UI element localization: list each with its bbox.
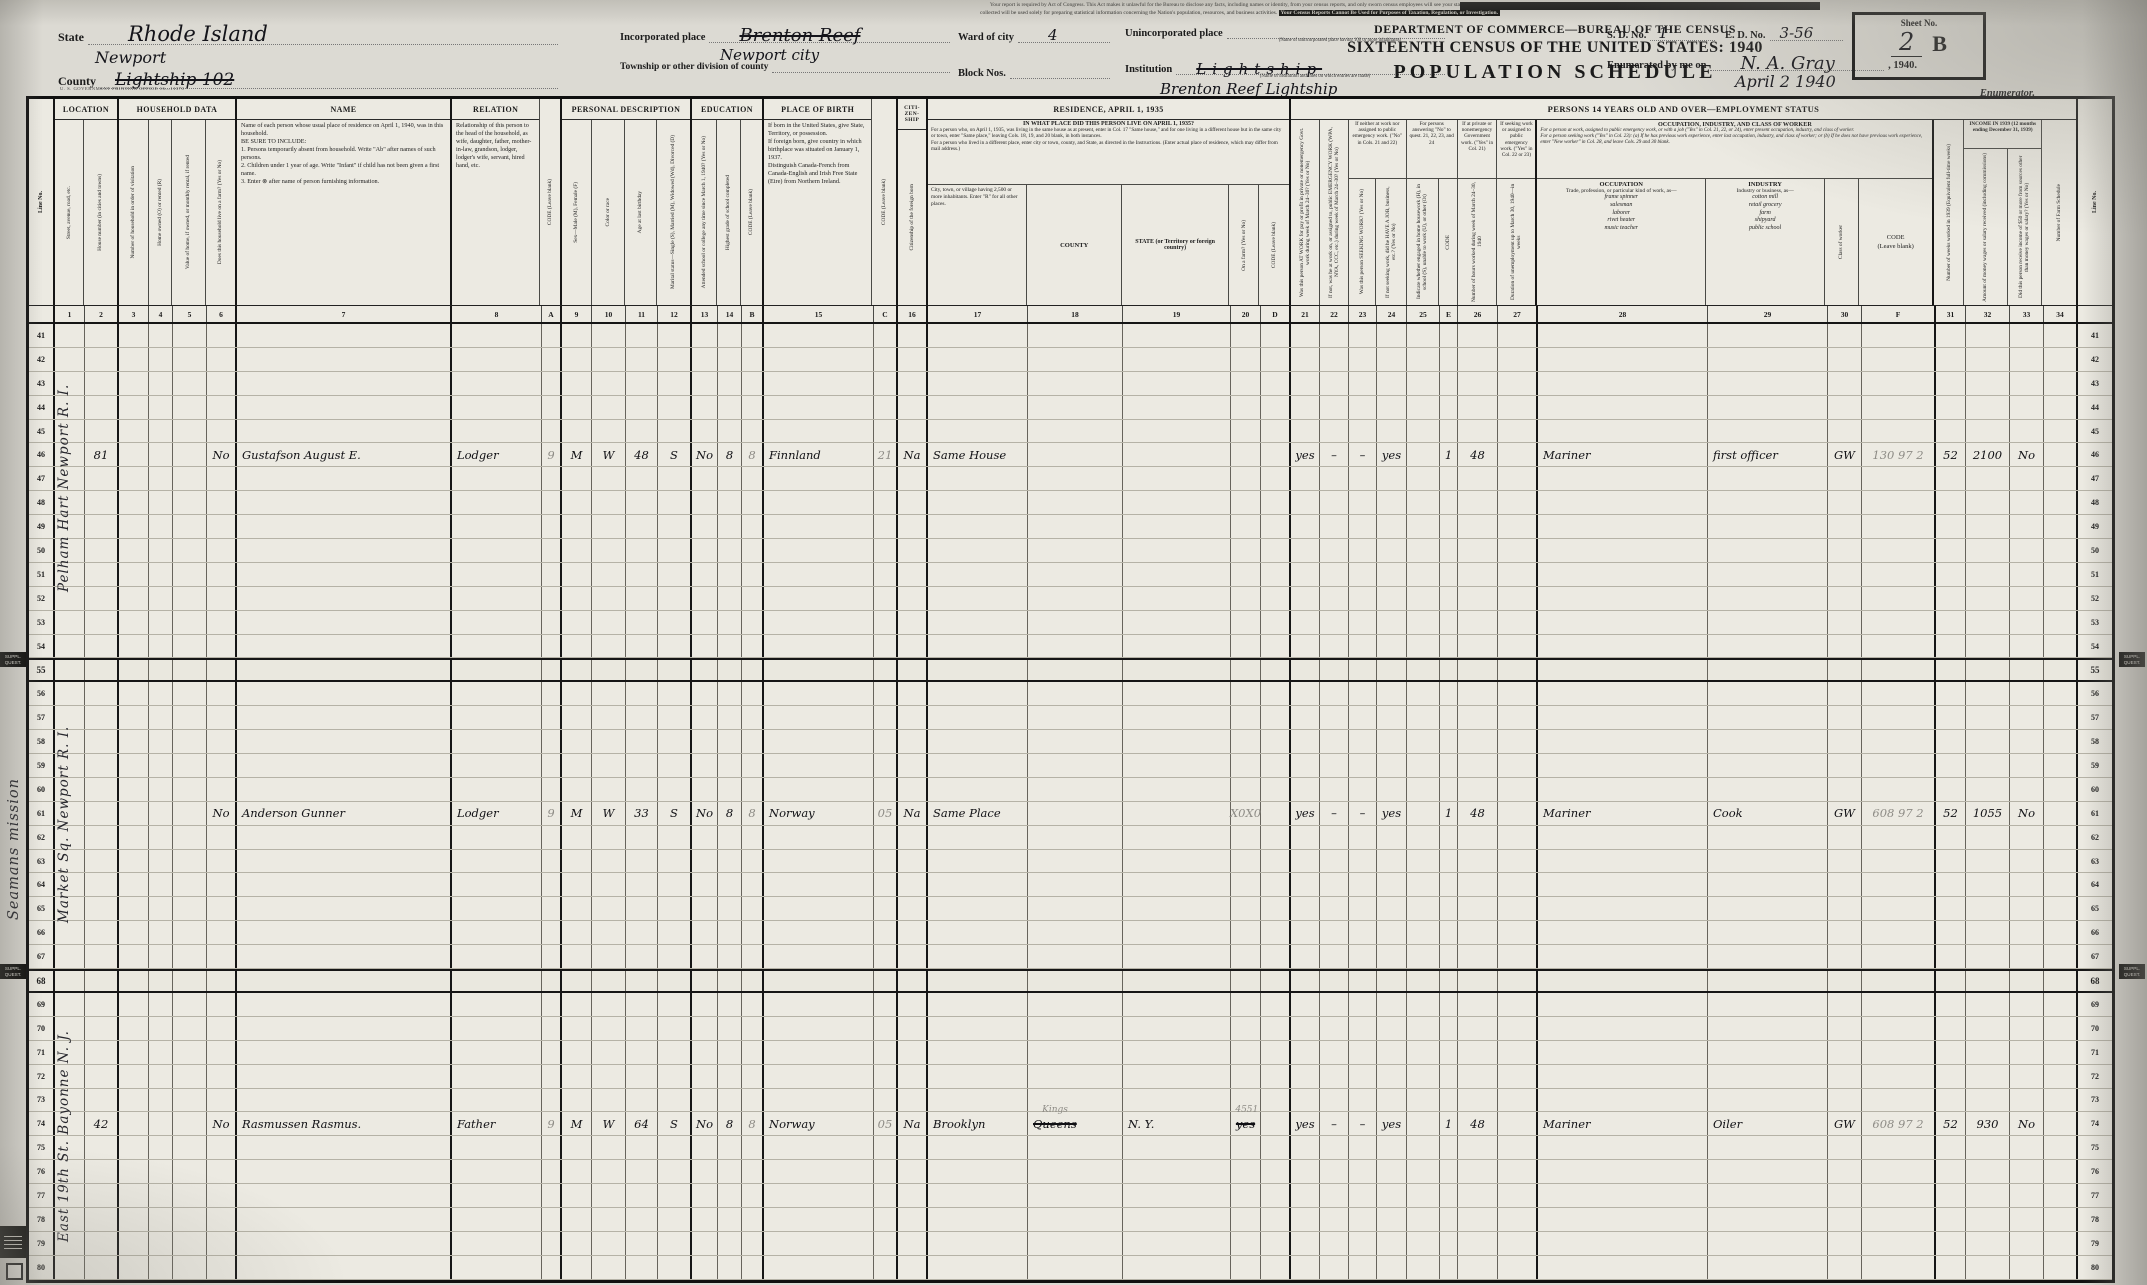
line-number-left: 79 bbox=[29, 1232, 55, 1255]
cell-c30 bbox=[1828, 873, 1862, 896]
line-number-right: 63 bbox=[2078, 850, 2112, 873]
cell-F bbox=[1862, 324, 1936, 347]
cell-c25 bbox=[1407, 420, 1440, 443]
cell-c14 bbox=[718, 682, 742, 705]
cell-C: 05 bbox=[874, 1112, 898, 1135]
cell-c14: 8 bbox=[718, 802, 742, 825]
line-number-left: 70 bbox=[29, 1017, 55, 1040]
cell-A bbox=[542, 396, 562, 419]
cell-c24 bbox=[1377, 993, 1407, 1016]
cell-c14 bbox=[718, 1184, 742, 1207]
entry-c26: 48 bbox=[1470, 1117, 1485, 1131]
cell-c4 bbox=[149, 1041, 173, 1064]
line-number-right: 58 bbox=[2078, 730, 2112, 753]
cell-c27 bbox=[1498, 1256, 1538, 1279]
cell-c18 bbox=[1028, 324, 1123, 347]
group-title-employment: PERSONS 14 YEARS OLD AND OVER—EMPLOYMENT… bbox=[1291, 99, 2076, 120]
cell-c15 bbox=[764, 897, 874, 920]
cell-c15 bbox=[764, 682, 874, 705]
cell-c2 bbox=[85, 396, 119, 419]
cell-c6: No bbox=[207, 802, 237, 825]
cell-c13 bbox=[692, 635, 718, 658]
cell-c18 bbox=[1028, 372, 1123, 395]
cell-D bbox=[1261, 1232, 1291, 1255]
cell-c13 bbox=[692, 348, 718, 371]
cell-C bbox=[874, 611, 898, 634]
cell-c12 bbox=[658, 706, 692, 729]
cell-c2 bbox=[85, 778, 119, 801]
cell-C bbox=[874, 1065, 898, 1088]
cell-c30 bbox=[1828, 635, 1862, 658]
cell-c26 bbox=[1458, 971, 1498, 991]
cell-c18 bbox=[1028, 396, 1123, 419]
cell-c30 bbox=[1828, 1089, 1862, 1112]
cell-F bbox=[1862, 1017, 1936, 1040]
cell-c11 bbox=[626, 539, 658, 562]
cell-c20 bbox=[1231, 467, 1261, 490]
cell-c25 bbox=[1407, 850, 1440, 873]
cell-c24: yes bbox=[1377, 802, 1407, 825]
cell-D bbox=[1261, 1112, 1291, 1135]
cell-c30 bbox=[1828, 1256, 1862, 1279]
col-num-32: 32 bbox=[1966, 306, 2010, 322]
cell-c24 bbox=[1377, 971, 1407, 991]
cell-c33 bbox=[2010, 850, 2044, 873]
census-row-78: 7878 bbox=[29, 1208, 2112, 1232]
cell-c21 bbox=[1291, 587, 1320, 610]
cell-c29 bbox=[1708, 396, 1828, 419]
col-header-26: Number of hours worked during week of Ma… bbox=[1458, 179, 1497, 305]
cell-c30 bbox=[1828, 826, 1862, 849]
cell-c30 bbox=[1828, 706, 1862, 729]
cell-c16 bbox=[898, 1184, 928, 1207]
cell-c19 bbox=[1123, 993, 1231, 1016]
cell-c6 bbox=[207, 897, 237, 920]
cell-c8 bbox=[452, 1017, 542, 1040]
cell-c7 bbox=[237, 396, 452, 419]
cell-c16: Na bbox=[898, 443, 928, 466]
cell-c24 bbox=[1377, 826, 1407, 849]
cell-c12 bbox=[658, 1136, 692, 1159]
cell-A bbox=[542, 635, 562, 658]
cell-c25 bbox=[1407, 1065, 1440, 1088]
line-number-right: 64 bbox=[2078, 873, 2112, 896]
cell-c3 bbox=[119, 730, 149, 753]
cell-c13 bbox=[692, 660, 718, 680]
cell-c21 bbox=[1291, 372, 1320, 395]
cell-c33: No bbox=[2010, 443, 2044, 466]
incorporated-place-label: Incorporated place bbox=[620, 32, 705, 43]
cell-c24 bbox=[1377, 682, 1407, 705]
cell-c5 bbox=[173, 1089, 207, 1112]
cell-c33 bbox=[2010, 467, 2044, 490]
cell-c16 bbox=[898, 1065, 928, 1088]
cell-c29 bbox=[1708, 921, 1828, 944]
cell-c25 bbox=[1407, 921, 1440, 944]
cell-c24 bbox=[1377, 563, 1407, 586]
cell-c33 bbox=[2010, 730, 2044, 753]
cell-c18 bbox=[1028, 1184, 1123, 1207]
cell-c10 bbox=[592, 682, 626, 705]
cell-c9 bbox=[562, 1065, 592, 1088]
cell-c3 bbox=[119, 1184, 149, 1207]
cell-E bbox=[1440, 420, 1458, 443]
cell-c10 bbox=[592, 1136, 626, 1159]
entry-E: 1 bbox=[1445, 806, 1452, 820]
line-number-left: 50 bbox=[29, 539, 55, 562]
cell-c30 bbox=[1828, 778, 1862, 801]
cell-c3 bbox=[119, 778, 149, 801]
cell-c31 bbox=[1936, 1256, 1966, 1279]
cell-c14 bbox=[718, 706, 742, 729]
cell-c18 bbox=[1028, 420, 1123, 443]
cell-c31 bbox=[1936, 420, 1966, 443]
entry-c9: M bbox=[571, 1117, 583, 1131]
col-num-15: 15 bbox=[764, 306, 874, 322]
cell-c34 bbox=[2044, 635, 2078, 658]
cell-c7 bbox=[237, 897, 452, 920]
census-row-75: 7575 bbox=[29, 1136, 2112, 1160]
cell-c34 bbox=[2044, 802, 2078, 825]
cell-c12 bbox=[658, 1017, 692, 1040]
cell-c8 bbox=[452, 706, 542, 729]
cell-C bbox=[874, 396, 898, 419]
cell-c18 bbox=[1028, 921, 1123, 944]
cell-E bbox=[1440, 1041, 1458, 1064]
group-name: NAME Name of each person whose usual pla… bbox=[237, 99, 452, 305]
cell-c2 bbox=[85, 635, 119, 658]
cell-c7 bbox=[237, 921, 452, 944]
cell-c22 bbox=[1320, 1208, 1349, 1231]
cell-c32 bbox=[1966, 945, 2010, 968]
col-header-3: Number of household in order of visitati… bbox=[119, 120, 149, 305]
cell-c3 bbox=[119, 1232, 149, 1255]
cell-c4 bbox=[149, 563, 173, 586]
cell-c33 bbox=[2010, 1256, 2044, 1279]
cell-c32 bbox=[1966, 826, 2010, 849]
cell-C bbox=[874, 539, 898, 562]
cell-c27 bbox=[1498, 1089, 1538, 1112]
cell-c27 bbox=[1498, 1136, 1538, 1159]
cell-c9 bbox=[562, 324, 592, 347]
cell-c14 bbox=[718, 1208, 742, 1231]
cell-c27 bbox=[1498, 372, 1538, 395]
cell-c5 bbox=[173, 539, 207, 562]
cell-C bbox=[874, 1136, 898, 1159]
cell-c34 bbox=[2044, 539, 2078, 562]
cell-D bbox=[1261, 1184, 1291, 1207]
cell-c8 bbox=[452, 635, 542, 658]
cell-c24 bbox=[1377, 660, 1407, 680]
line-number-right: 53 bbox=[2078, 611, 2112, 634]
suppl-quest-tag-right-55: SUPPL. QUEST. bbox=[2119, 652, 2145, 667]
cell-C: 05 bbox=[874, 802, 898, 825]
cell-c30 bbox=[1828, 1136, 1862, 1159]
cell-c12 bbox=[658, 1256, 692, 1279]
cell-c22 bbox=[1320, 491, 1349, 514]
cell-C bbox=[874, 420, 898, 443]
cell-c17: Brooklyn bbox=[928, 1112, 1028, 1135]
cell-c2 bbox=[85, 467, 119, 490]
entry-c10: W bbox=[603, 1117, 615, 1131]
cell-c17 bbox=[928, 945, 1028, 968]
col-header-22: If not, was he at work on, or assigned t… bbox=[1320, 120, 1349, 305]
cell-c21 bbox=[1291, 396, 1320, 419]
cell-c10 bbox=[592, 396, 626, 419]
cell-c32 bbox=[1966, 778, 2010, 801]
cell-C bbox=[874, 515, 898, 538]
cell-c4 bbox=[149, 754, 173, 777]
cell-c5 bbox=[173, 706, 207, 729]
cell-c16 bbox=[898, 515, 928, 538]
cell-A bbox=[542, 826, 562, 849]
cell-B bbox=[742, 660, 764, 680]
cell-C bbox=[874, 1160, 898, 1183]
cell-c3 bbox=[119, 660, 149, 680]
cell-c10 bbox=[592, 826, 626, 849]
cell-c28 bbox=[1538, 372, 1708, 395]
cell-c21 bbox=[1291, 1065, 1320, 1088]
cell-c9 bbox=[562, 515, 592, 538]
cell-c22 bbox=[1320, 1065, 1349, 1088]
cell-E bbox=[1440, 850, 1458, 873]
cell-c15 bbox=[764, 945, 874, 968]
cell-c20 bbox=[1231, 921, 1261, 944]
cell-c17 bbox=[928, 730, 1028, 753]
cell-c20 bbox=[1231, 635, 1261, 658]
cell-c28 bbox=[1538, 826, 1708, 849]
census-row-41: 4141 bbox=[29, 324, 2112, 348]
cell-c7 bbox=[237, 372, 452, 395]
cell-c29 bbox=[1708, 1208, 1828, 1231]
cell-C bbox=[874, 754, 898, 777]
col-header-D: CODE (Leave blank) bbox=[1259, 185, 1289, 305]
cell-c8 bbox=[452, 921, 542, 944]
cell-c15 bbox=[764, 778, 874, 801]
cell-c17 bbox=[928, 491, 1028, 514]
cell-c15 bbox=[764, 993, 874, 1016]
cell-c9 bbox=[562, 945, 592, 968]
cell-c30 bbox=[1828, 1041, 1862, 1064]
cell-c5 bbox=[173, 1065, 207, 1088]
block-field: Block Nos. bbox=[958, 64, 1110, 79]
census-row-72: 7272 bbox=[29, 1065, 2112, 1089]
cell-c15 bbox=[764, 587, 874, 610]
cell-c14 bbox=[718, 324, 742, 347]
line-number-right: 48 bbox=[2078, 491, 2112, 514]
cell-c18 bbox=[1028, 443, 1123, 466]
line-number-right: 72 bbox=[2078, 1065, 2112, 1088]
cell-c3 bbox=[119, 802, 149, 825]
cell-c29 bbox=[1708, 1232, 1828, 1255]
cell-C bbox=[874, 1017, 898, 1040]
cell-E bbox=[1440, 897, 1458, 920]
cell-c18 bbox=[1028, 515, 1123, 538]
cell-c7 bbox=[237, 730, 452, 753]
income-title: INCOME IN 1939 (12 months ending Decembe… bbox=[1964, 120, 2041, 149]
cell-F bbox=[1862, 993, 1936, 1016]
cell-c22: – bbox=[1320, 1112, 1349, 1135]
cell-c19 bbox=[1123, 873, 1231, 896]
cell-c14 bbox=[718, 873, 742, 896]
cell-c5 bbox=[173, 1041, 207, 1064]
cell-c9 bbox=[562, 1256, 592, 1279]
cell-c15 bbox=[764, 635, 874, 658]
cell-c20 bbox=[1231, 778, 1261, 801]
cell-c29: Oiler bbox=[1708, 1112, 1828, 1135]
census-row-71: 7171 bbox=[29, 1041, 2112, 1065]
cell-B bbox=[742, 682, 764, 705]
cell-c19 bbox=[1123, 443, 1231, 466]
line-number-left: 56 bbox=[29, 682, 55, 705]
cell-D bbox=[1261, 873, 1291, 896]
cell-c11 bbox=[626, 706, 658, 729]
cell-c20 bbox=[1231, 1160, 1261, 1183]
entry-c2: 81 bbox=[94, 448, 109, 462]
line-number-right: 43 bbox=[2078, 372, 2112, 395]
line-number-right: 56 bbox=[2078, 682, 2112, 705]
line-number-right: 57 bbox=[2078, 706, 2112, 729]
cell-c22 bbox=[1320, 730, 1349, 753]
line-number-left: 67 bbox=[29, 945, 55, 968]
cell-c28 bbox=[1538, 1256, 1708, 1279]
cell-c9 bbox=[562, 491, 592, 514]
cell-c25 bbox=[1407, 1256, 1440, 1279]
cell-c21 bbox=[1291, 539, 1320, 562]
cell-B bbox=[742, 1256, 764, 1279]
cell-C bbox=[874, 660, 898, 680]
cell-c28 bbox=[1538, 1208, 1708, 1231]
cell-c24 bbox=[1377, 730, 1407, 753]
cell-c25 bbox=[1407, 1184, 1440, 1207]
cell-c19 bbox=[1123, 420, 1231, 443]
cell-E bbox=[1440, 324, 1458, 347]
cell-c20 bbox=[1231, 396, 1261, 419]
sd-label: S. D. No. bbox=[1607, 30, 1646, 41]
cell-c7 bbox=[237, 563, 452, 586]
cell-c5 bbox=[173, 945, 207, 968]
cell-c27 bbox=[1498, 754, 1538, 777]
cell-F bbox=[1862, 826, 1936, 849]
cell-c17 bbox=[928, 826, 1028, 849]
cell-c4 bbox=[149, 1232, 173, 1255]
cell-D bbox=[1261, 706, 1291, 729]
cell-c27 bbox=[1498, 515, 1538, 538]
cell-c31 bbox=[1936, 563, 1966, 586]
cell-c12 bbox=[658, 635, 692, 658]
cell-c12 bbox=[658, 611, 692, 634]
col-header-15: PLACE OF BIRTH If born in the United Sta… bbox=[764, 99, 872, 305]
cell-c27 bbox=[1498, 443, 1538, 466]
cell-c24 bbox=[1377, 348, 1407, 371]
cell-c2 bbox=[85, 324, 119, 347]
cell-c11 bbox=[626, 1256, 658, 1279]
cell-D bbox=[1261, 372, 1291, 395]
cell-c20 bbox=[1231, 563, 1261, 586]
cell-c18 bbox=[1028, 706, 1123, 729]
cell-c12 bbox=[658, 945, 692, 968]
cell-c13 bbox=[692, 945, 718, 968]
cell-c12 bbox=[658, 539, 692, 562]
cell-c28 bbox=[1538, 515, 1708, 538]
cell-c19: N. Y. bbox=[1123, 1112, 1231, 1135]
cell-c2 bbox=[85, 897, 119, 920]
seamans-mission-note: Seamans mission bbox=[6, 735, 30, 963]
cell-D bbox=[1261, 730, 1291, 753]
census-row-68: 6868 bbox=[29, 969, 2112, 993]
cell-c18 bbox=[1028, 897, 1123, 920]
cell-B bbox=[742, 1017, 764, 1040]
cell-c12 bbox=[658, 587, 692, 610]
cell-c15 bbox=[764, 754, 874, 777]
entry-c28: Mariner bbox=[1543, 448, 1591, 462]
cell-c26 bbox=[1458, 826, 1498, 849]
cell-c17 bbox=[928, 467, 1028, 490]
cell-c10 bbox=[592, 660, 626, 680]
cell-c10 bbox=[592, 1065, 626, 1088]
institution-label: Institution bbox=[1125, 64, 1172, 75]
cell-C bbox=[874, 587, 898, 610]
cell-c24 bbox=[1377, 1184, 1407, 1207]
cell-F bbox=[1862, 420, 1936, 443]
cell-c6 bbox=[207, 635, 237, 658]
cell-c34 bbox=[2044, 921, 2078, 944]
suppl-quest-tag-left-68: SUPPL. QUEST. bbox=[0, 964, 26, 979]
cell-c2 bbox=[85, 1136, 119, 1159]
cell-c12 bbox=[658, 467, 692, 490]
entry-c6: No bbox=[213, 1117, 230, 1131]
gpo-imprint: U. S. GOVERNMENT PRINTING OFFICE 16—1137… bbox=[60, 86, 184, 91]
census-row-49: 4949 bbox=[29, 515, 2112, 539]
cell-c14 bbox=[718, 730, 742, 753]
cell-c24 bbox=[1377, 1256, 1407, 1279]
census-row-45: 4545 bbox=[29, 420, 2112, 444]
cell-F bbox=[1862, 563, 1936, 586]
cell-c10 bbox=[592, 706, 626, 729]
cell-c19 bbox=[1123, 1208, 1231, 1231]
cell-c5 bbox=[173, 802, 207, 825]
cell-c21 bbox=[1291, 730, 1320, 753]
cell-c32 bbox=[1966, 993, 2010, 1016]
cell-D bbox=[1261, 850, 1291, 873]
cell-c7 bbox=[237, 324, 452, 347]
cell-F bbox=[1862, 754, 1936, 777]
cell-c3 bbox=[119, 1256, 149, 1279]
cell-c10 bbox=[592, 1089, 626, 1112]
cell-c8 bbox=[452, 897, 542, 920]
cell-c2 bbox=[85, 1184, 119, 1207]
cell-c28 bbox=[1538, 921, 1708, 944]
cell-E bbox=[1440, 1208, 1458, 1231]
cell-c4 bbox=[149, 324, 173, 347]
cell-c15 bbox=[764, 1184, 874, 1207]
entry-c28: Mariner bbox=[1543, 806, 1591, 820]
cell-c34 bbox=[2044, 467, 2078, 490]
cell-c27 bbox=[1498, 1065, 1538, 1088]
cell-c34 bbox=[2044, 1256, 2078, 1279]
cell-c33: No bbox=[2010, 802, 2044, 825]
line-number-left: 74 bbox=[29, 1112, 55, 1135]
cell-c26 bbox=[1458, 1232, 1498, 1255]
cell-c30 bbox=[1828, 1065, 1862, 1088]
cell-c24 bbox=[1377, 1065, 1407, 1088]
cell-c26 bbox=[1458, 897, 1498, 920]
cell-c17 bbox=[928, 1184, 1028, 1207]
group-employment-status: PERSONS 14 YEARS OLD AND OVER—EMPLOYMENT… bbox=[1291, 99, 2078, 305]
cell-c10 bbox=[592, 850, 626, 873]
cell-c14 bbox=[718, 1256, 742, 1279]
cell-C bbox=[874, 491, 898, 514]
